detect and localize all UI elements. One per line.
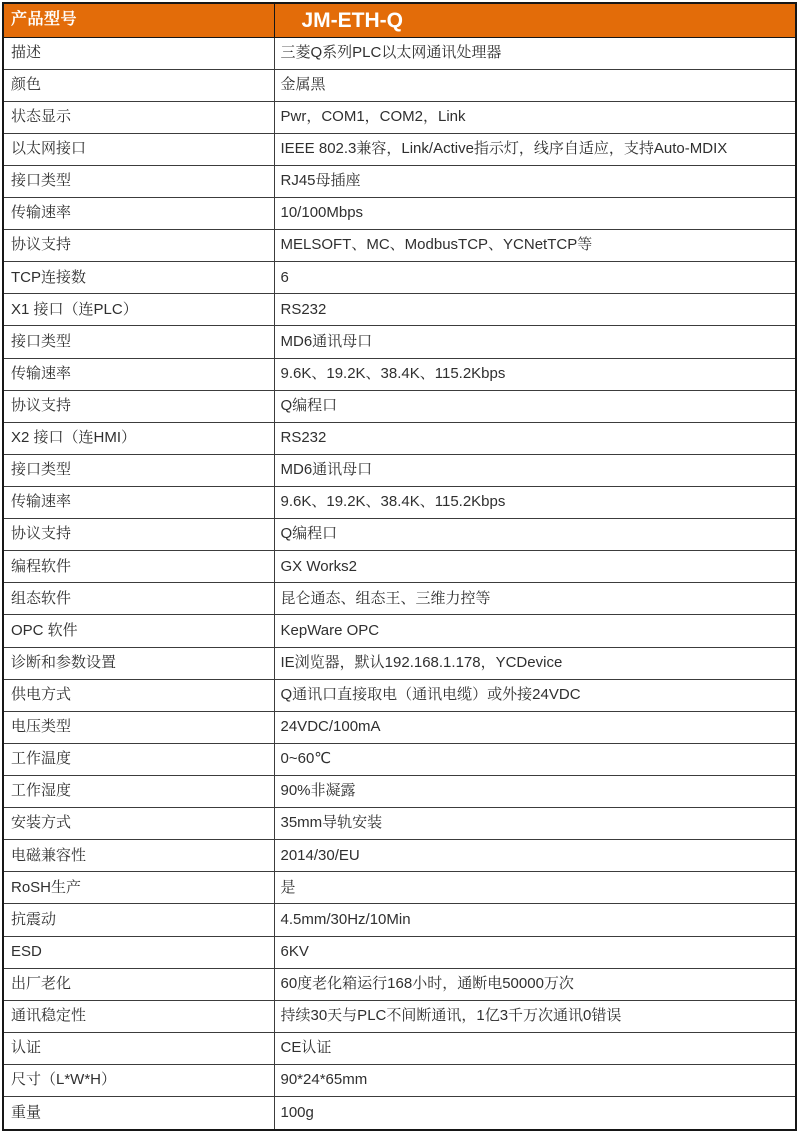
spec-value-cell: 100g — [274, 1097, 796, 1130]
spec-label-cell: ESD — [3, 936, 274, 968]
spec-row: 安装方式 35mm导轨安装 — [3, 808, 796, 840]
spec-row: 工作温度 0~60℃ — [3, 743, 796, 775]
spec-row: 通讯稳定性 持续30天与PLC不间断通讯，1亿3千万次通讯0错误 — [3, 1000, 796, 1032]
spec-row: 传输速率 9.6K、19.2K、38.4K、115.2Kbps — [3, 358, 796, 390]
spec-value-cell: KepWare OPC — [274, 615, 796, 647]
spec-value-cell: 9.6K、19.2K、38.4K、115.2Kbps — [274, 358, 796, 390]
spec-value-cell: GX Works2 — [274, 551, 796, 583]
spec-value-cell: Q编程口 — [274, 390, 796, 422]
spec-value-cell: 三菱Q系列PLC以太网通讯处理器 — [274, 37, 796, 69]
spec-value-cell: Q编程口 — [274, 519, 796, 551]
spec-row: TCP连接数 6 — [3, 262, 796, 294]
spec-label-cell: 状态显示 — [3, 101, 274, 133]
spec-value-cell: 6KV — [274, 936, 796, 968]
spec-row: 传输速率 9.6K、19.2K、38.4K、115.2Kbps — [3, 487, 796, 519]
spec-label-cell: 传输速率 — [3, 198, 274, 230]
spec-label-cell: 接口类型 — [3, 326, 274, 358]
spec-label-cell: 协议支持 — [3, 519, 274, 551]
spec-row: 接口类型 MD6通讯母口 — [3, 326, 796, 358]
spec-row: 编程软件 GX Works2 — [3, 551, 796, 583]
spec-label-cell: 工作湿度 — [3, 776, 274, 808]
spec-value-cell: 9.6K、19.2K、38.4K、115.2Kbps — [274, 487, 796, 519]
spec-row: 接口类型 RJ45母插座 — [3, 165, 796, 197]
spec-row: OPC 软件 KepWare OPC — [3, 615, 796, 647]
spec-value-cell: 35mm导轨安装 — [274, 808, 796, 840]
spec-table-body: 描述 三菱Q系列PLC以太网通讯处理器 颜色 金属黑 状态显示 Pwr，COM1… — [3, 37, 796, 1130]
spec-value-cell: 是 — [274, 872, 796, 904]
spec-row: 电磁兼容性 2014/30/EU — [3, 840, 796, 872]
spec-label-cell: 诊断和参数设置 — [3, 647, 274, 679]
spec-value-cell: Q通讯口直接取电（通讯电缆）或外接24VDC — [274, 679, 796, 711]
spec-value-cell: MD6通讯母口 — [274, 454, 796, 486]
spec-row: ESD 6KV — [3, 936, 796, 968]
spec-label-cell: RoSH生产 — [3, 872, 274, 904]
spec-row: 组态软件 昆仑通态、组态王、三维力控等 — [3, 583, 796, 615]
spec-value-cell: 10/100Mbps — [274, 198, 796, 230]
spec-row: 供电方式 Q通讯口直接取电（通讯电缆）或外接24VDC — [3, 679, 796, 711]
spec-label-cell: 组态软件 — [3, 583, 274, 615]
spec-label-cell: 描述 — [3, 37, 274, 69]
spec-label-cell: 接口类型 — [3, 454, 274, 486]
spec-value-cell: RJ45母插座 — [274, 165, 796, 197]
spec-label-cell: 接口类型 — [3, 165, 274, 197]
spec-label-cell: 传输速率 — [3, 358, 274, 390]
spec-value-cell: 金属黑 — [274, 69, 796, 101]
spec-label-cell: 通讯稳定性 — [3, 1000, 274, 1032]
spec-label-cell: 出厂老化 — [3, 968, 274, 1000]
spec-row: 传输速率 10/100Mbps — [3, 198, 796, 230]
spec-value-cell: 90*24*65mm — [274, 1065, 796, 1097]
spec-row: 协议支持 MELSOFT、MC、ModbusTCP、YCNetTCP等 — [3, 230, 796, 262]
spec-row: 工作湿度 90%非凝露 — [3, 776, 796, 808]
spec-label-cell: 供电方式 — [3, 679, 274, 711]
spec-value-cell: IEEE 802.3兼容，Link/Active指示灯，线序自适应，支持Auto… — [274, 133, 796, 165]
spec-value-cell: 昆仑通态、组态王、三维力控等 — [274, 583, 796, 615]
spec-row: 出厂老化 60度老化箱运行168小时，通断电50000万次 — [3, 968, 796, 1000]
spec-row: 认证 CE认证 — [3, 1032, 796, 1064]
spec-row: 抗震动 4.5mm/30Hz/10Min — [3, 904, 796, 936]
spec-row: 诊断和参数设置 IE浏览器，默认192.168.1.178，YCDevice — [3, 647, 796, 679]
spec-table-header-row: 产品型号 JM-ETH-Q — [3, 3, 796, 37]
spec-row: 接口类型 MD6通讯母口 — [3, 454, 796, 486]
spec-row: 以太网接口 IEEE 802.3兼容，Link/Active指示灯，线序自适应，… — [3, 133, 796, 165]
spec-label-cell: 传输速率 — [3, 487, 274, 519]
spec-row: 状态显示 Pwr，COM1，COM2，Link — [3, 101, 796, 133]
spec-value-cell: IE浏览器，默认192.168.1.178，YCDevice — [274, 647, 796, 679]
spec-label-cell: 电磁兼容性 — [3, 840, 274, 872]
spec-label-cell: 认证 — [3, 1032, 274, 1064]
product-spec-table: 产品型号 JM-ETH-Q 描述 三菱Q系列PLC以太网通讯处理器 颜色 金属黑… — [2, 2, 797, 1131]
spec-value-cell: 24VDC/100mA — [274, 711, 796, 743]
spec-label-cell: 工作温度 — [3, 743, 274, 775]
spec-label-cell: 颜色 — [3, 69, 274, 101]
spec-value-cell: MELSOFT、MC、ModbusTCP、YCNetTCP等 — [274, 230, 796, 262]
spec-value-cell: 0~60℃ — [274, 743, 796, 775]
spec-row: 电压类型 24VDC/100mA — [3, 711, 796, 743]
spec-value-cell: MD6通讯母口 — [274, 326, 796, 358]
spec-label-cell: 抗震动 — [3, 904, 274, 936]
header-product-model-value: JM-ETH-Q — [274, 3, 796, 37]
spec-label-cell: X1 接口（连PLC） — [3, 294, 274, 326]
spec-label-cell: 以太网接口 — [3, 133, 274, 165]
spec-value-cell: Pwr，COM1，COM2，Link — [274, 101, 796, 133]
spec-row: 颜色 金属黑 — [3, 69, 796, 101]
spec-row: 协议支持 Q编程口 — [3, 390, 796, 422]
spec-row: 尺寸（L*W*H） 90*24*65mm — [3, 1065, 796, 1097]
spec-label-cell: 尺寸（L*W*H） — [3, 1065, 274, 1097]
spec-row: X2 接口（连HMI） RS232 — [3, 422, 796, 454]
spec-label-cell: 编程软件 — [3, 551, 274, 583]
spec-value-cell: RS232 — [274, 294, 796, 326]
spec-row: 重量 100g — [3, 1097, 796, 1130]
spec-value-cell: CE认证 — [274, 1032, 796, 1064]
spec-label-cell: OPC 软件 — [3, 615, 274, 647]
spec-row: 描述 三菱Q系列PLC以太网通讯处理器 — [3, 37, 796, 69]
spec-value-cell: 60度老化箱运行168小时，通断电50000万次 — [274, 968, 796, 1000]
spec-value-cell: 4.5mm/30Hz/10Min — [274, 904, 796, 936]
spec-row: X1 接口（连PLC） RS232 — [3, 294, 796, 326]
spec-label-cell: 电压类型 — [3, 711, 274, 743]
spec-value-cell: 90%非凝露 — [274, 776, 796, 808]
spec-row: RoSH生产 是 — [3, 872, 796, 904]
spec-label-cell: 协议支持 — [3, 230, 274, 262]
spec-label-cell: TCP连接数 — [3, 262, 274, 294]
spec-value-cell: 持续30天与PLC不间断通讯，1亿3千万次通讯0错误 — [274, 1000, 796, 1032]
spec-label-cell: X2 接口（连HMI） — [3, 422, 274, 454]
spec-label-cell: 安装方式 — [3, 808, 274, 840]
spec-value-cell: RS232 — [274, 422, 796, 454]
spec-row: 协议支持 Q编程口 — [3, 519, 796, 551]
spec-value-cell: 2014/30/EU — [274, 840, 796, 872]
spec-label-cell: 重量 — [3, 1097, 274, 1130]
header-product-model-label: 产品型号 — [3, 3, 274, 37]
spec-label-cell: 协议支持 — [3, 390, 274, 422]
spec-value-cell: 6 — [274, 262, 796, 294]
